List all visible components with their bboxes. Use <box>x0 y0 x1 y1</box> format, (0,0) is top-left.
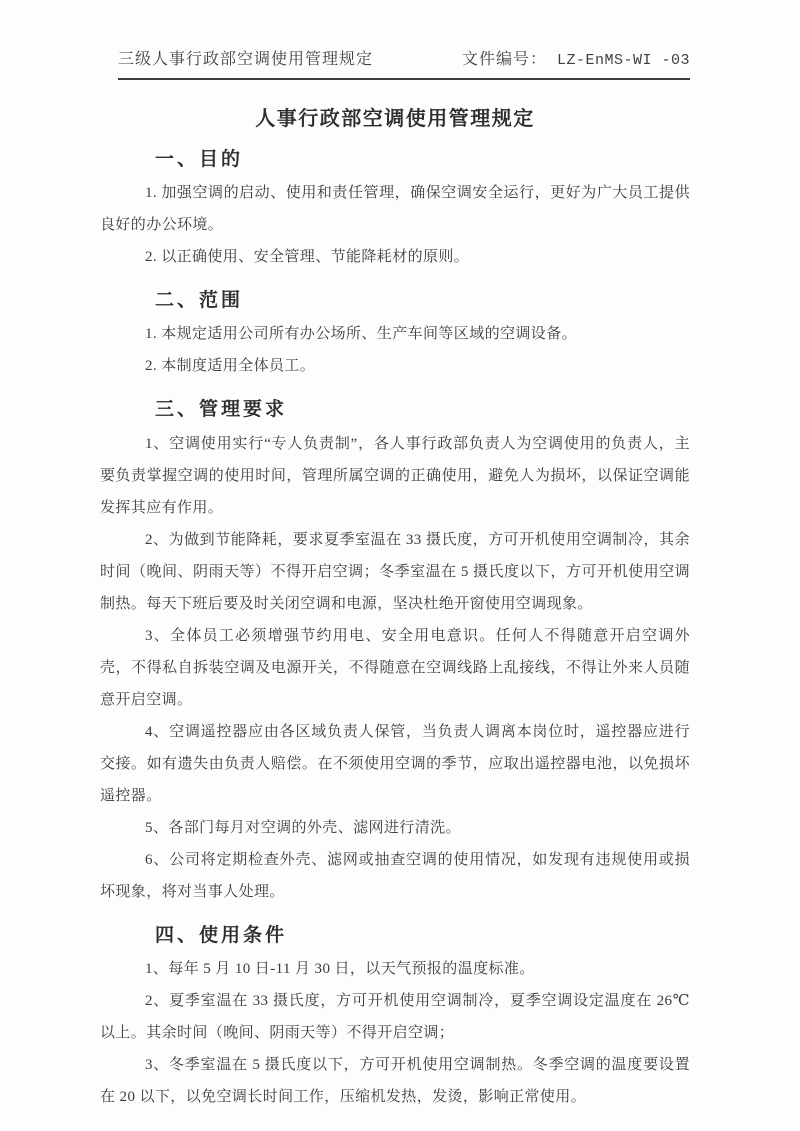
list-item: 1. 本规定适用公司所有办公场所、生产车间等区域的空调设备。 <box>100 318 690 350</box>
header-doc-number-group: 文件编号： LZ-EnMS-WI -03 <box>462 50 690 71</box>
document-page: 三级人事行政部空调使用管理规定 文件编号： LZ-EnMS-WI -03 人事行… <box>0 0 800 1131</box>
doc-number-value: LZ-EnMS-WI -03 <box>557 51 690 71</box>
document-header: 三级人事行政部空调使用管理规定 文件编号： LZ-EnMS-WI -03 <box>118 50 690 80</box>
section-heading-usage-conditions: 四、使用条件 <box>155 920 690 951</box>
header-document-category: 三级人事行政部空调使用管理规定 <box>118 50 373 71</box>
doc-number-label: 文件编号： <box>462 50 547 71</box>
list-item: 2. 本制度适用全体员工。 <box>100 350 690 382</box>
section-scope: 二、范围 1. 本规定适用公司所有办公场所、生产车间等区域的空调设备。 2. 本… <box>100 285 690 382</box>
section-heading-scope: 二、范围 <box>155 285 690 316</box>
section-heading-purpose: 一、目的 <box>155 144 690 175</box>
section-usage-conditions: 四、使用条件 1、每年 5 月 10 日-11 月 30 日，以天气预报的温度标… <box>100 920 690 1113</box>
list-item: 5、各部门每月对空调的外壳、滤网进行清洗。 <box>100 812 690 844</box>
list-item: 3、冬季室温在 5 摄氏度以下，方可开机使用空调制热。冬季空调的温度要设置在 2… <box>100 1049 690 1113</box>
page-title: 人事行政部空调使用管理规定 <box>100 106 690 132</box>
list-item: 2、夏季室温在 33 摄氏度，方可开机使用空调制冷，夏季空调设定温度在 26℃以… <box>100 985 690 1049</box>
list-item: 4、空调遥控器应由各区域负责人保管，当负责人调离本岗位时，遥控器应进行交接。如有… <box>100 716 690 812</box>
section-heading-management-requirements: 三、管理要求 <box>155 394 690 425</box>
section-purpose: 一、目的 1. 加强空调的启动、使用和责任管理，确保空调安全运行，更好为广大员工… <box>100 144 690 273</box>
list-item: 1、每年 5 月 10 日-11 月 30 日，以天气预报的温度标准。 <box>100 953 690 985</box>
list-item: 3、全体员工必须增强节约用电、安全用电意识。任何人不得随意开启空调外壳，不得私自… <box>100 620 690 716</box>
list-item: 2、为做到节能降耗，要求夏季室温在 33 摄氏度，方可开机使用空调制冷，其余时间… <box>100 524 690 620</box>
list-item: 1. 加强空调的启动、使用和责任管理，确保空调安全运行，更好为广大员工提供良好的… <box>100 177 690 241</box>
list-item: 2. 以正确使用、安全管理、节能降耗材的原则。 <box>100 241 690 273</box>
list-item: 6、公司将定期检查外壳、滤网或抽查空调的使用情况，如发现有违规使用或损坏现象，将… <box>100 844 690 908</box>
section-management-requirements: 三、管理要求 1、空调使用实行“专人负责制”，各人事行政部负责人为空调使用的负责… <box>100 394 690 907</box>
list-item: 1、空调使用实行“专人负责制”，各人事行政部负责人为空调使用的负责人，主要负责掌… <box>100 428 690 524</box>
